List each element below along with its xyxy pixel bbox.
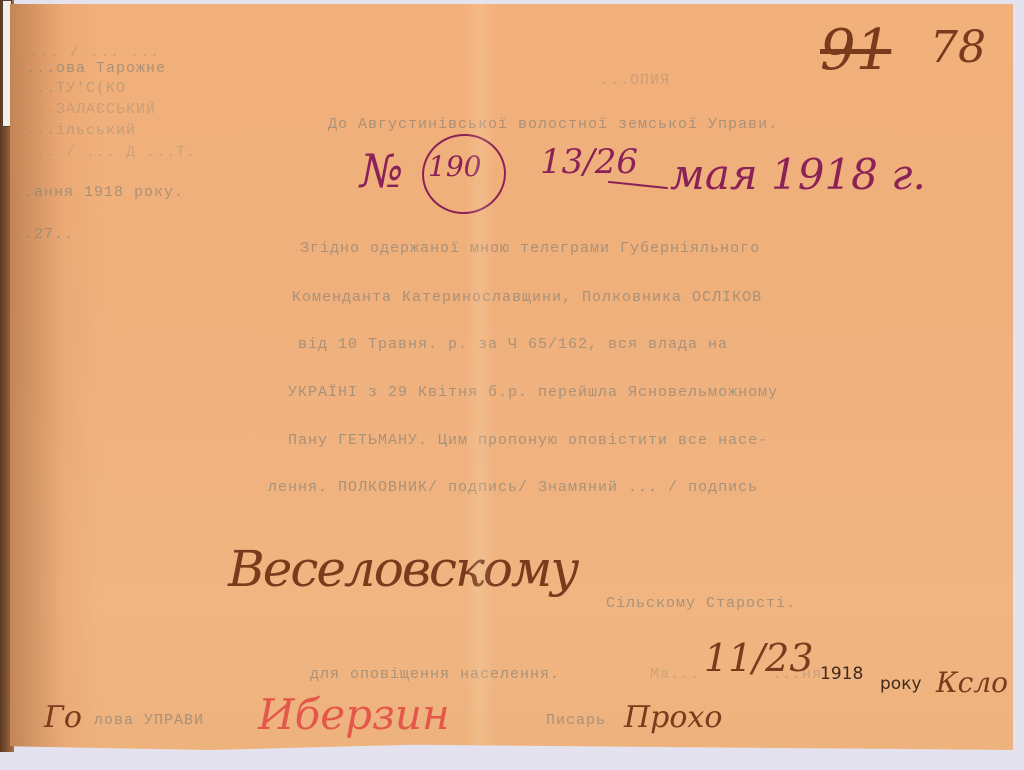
head-label: лова УПРАВИ	[94, 712, 204, 729]
addressee-line: До Августинівської волостної земської Уп…	[328, 116, 778, 133]
body-line: Пану ГЕТЬМАНУ. Цим пропоную оповістити в…	[288, 432, 768, 449]
body-line: Коменданта Катеринославщини, Полковника …	[292, 289, 762, 306]
header-line: ... / ... ...	[30, 44, 160, 61]
header-line: ...ЗАЛАЄСЬКИЙ	[26, 101, 156, 118]
document-title: ...ОПИЯ	[600, 72, 670, 89]
document-page: ... / ... ... ...ова Тарожне ...ТУ'С(КО …	[10, 4, 1013, 750]
recipient-handwritten: Веселовскому	[228, 540, 577, 598]
body-line: від 10 Травня. р. за Ч 65/162, вся влада…	[298, 336, 728, 353]
archive-number-crossed: 91	[820, 18, 891, 83]
head-prefix-handwritten: Го	[44, 700, 82, 735]
closing-year: 1918	[820, 664, 863, 684]
closing-text: для оповіщення населення.	[310, 666, 560, 683]
clerk-signature: Прохо	[624, 700, 722, 735]
header-line: ...27..	[4, 226, 74, 243]
recipient-typed: Сільскому Старості.	[606, 595, 796, 612]
header-line: ... / ... Д ...Т.	[26, 144, 196, 161]
header-line: ...ова Тарожне	[26, 60, 166, 77]
body-line: лення. ПОЛКОВНИК/ подпись/ Знамяний ... …	[268, 479, 758, 496]
head-signature: Иберзин	[258, 690, 450, 739]
registration-date: 13/26	[540, 142, 638, 182]
closing-month-suffix: ...ня	[772, 666, 822, 683]
body-line: Згідно одержаної мною телеграми Губернія…	[300, 240, 760, 257]
header-line: ...ільський	[26, 122, 136, 139]
header-line: ...ТУ'С(КО	[26, 80, 126, 97]
closing-year-word: року	[880, 674, 922, 694]
archive-number: 78	[930, 22, 986, 73]
body-line: УКРАЇНІ з 29 Квітня б.р. перейшла Яснове…	[288, 384, 778, 401]
date-underline	[608, 181, 668, 189]
registration-number-label: №	[360, 144, 404, 198]
closing-initials: Ксло	[936, 666, 1008, 699]
registration-number: 190	[428, 150, 481, 183]
clerk-label: Писарь	[546, 712, 606, 729]
registration-month-year: мая 1918 г.	[670, 150, 926, 199]
header-date-line: ...ання 1918 року.	[4, 184, 184, 201]
closing-month-prefix: Ма...	[650, 666, 700, 683]
